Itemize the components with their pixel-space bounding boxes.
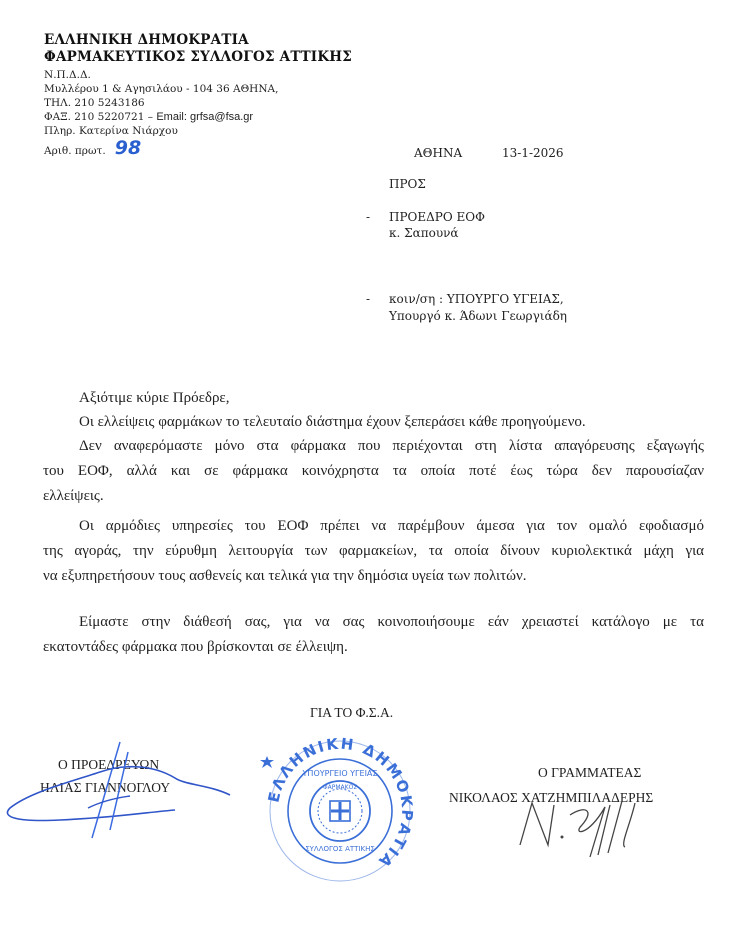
paragraph-2-line1: Δεν αναφερόμαστε μόνο στα φάρμακα που πε… [79, 438, 704, 455]
recipient-cc-dash: - [366, 292, 370, 306]
svg-text:ΣΥΛΛΟΓΟΣ ΑΤΤΙΚΗΣ: ΣΥΛΛΟΓΟΣ ΑΤΤΙΚΗΣ [305, 845, 375, 853]
letterhead-phone: ΤΗΛ. 210 5243186 [44, 97, 145, 109]
recipient-primary-line2: κ. Σαπουνά [389, 226, 459, 240]
letterhead-email: Email: grfsa@fsa.gr [156, 111, 253, 123]
letterhead-title-line2: ΦΑΡΜΑΚΕΥΤΙΚΟΣ ΣΥΛΛΟΓΟΣ ΑΤΤΙΚΗΣ [44, 49, 352, 65]
protocol-line: Αριθ. πρωτ. 98 [44, 137, 141, 159]
paragraph-2-line2: του ΕΟΦ, αλλά και σε φάρμακα κοινόχρηστα… [43, 463, 704, 480]
recipient-primary-dash: - [366, 210, 370, 224]
letterhead-address: Μυλλέρου 1 & Αγησιλάου - 104 36 ΑΘΗΝΑ, [44, 83, 278, 95]
svg-text:ΥΠΟΥΡΓΕΙΟ ΥΓΕΙΑΣ: ΥΠΟΥΡΓΕΙΟ ΥΓΕΙΑΣ [302, 769, 378, 778]
salutation: Αξιότιμε κύριε Πρόεδρε, [79, 390, 229, 407]
official-stamp: ΕΛΛΗΝΙΚΗ ΔΗΜΟΚΡΑΤΙΑ ΥΠΟΥΡΓΕΙΟ ΥΓΕΙΑΣ ΦΑΡ… [255, 728, 430, 893]
paragraph-2-line3: ελλείψεις. [43, 488, 104, 505]
paragraph-4-line1: Είμαστε στην διάθεσή σας, για να σας κοι… [79, 614, 704, 631]
letterhead-title-line1: ΕΛΛΗΝΙΚΗ ΔΗΜΟΚΡΑΤΙΑ [44, 32, 249, 48]
secretary-title: Ο ΓΡΑΜΜΑΤΕΑΣ [538, 765, 641, 781]
paragraph-4-line2: εκατοντάδες φάρμακα που βρίσκονται σε έλ… [43, 639, 348, 656]
paragraph-3-line1: Οι αρμόδιες υπηρεσίες του ΕΟΦ πρέπει να … [79, 518, 704, 535]
president-signature [0, 730, 260, 850]
letterhead-fax-email: ΦΑΞ. 210 5220721 – Email: grfsa@fsa.gr [44, 111, 253, 123]
recipient-cc-line2: Υπουργό κ. Άδωνι Γεωργιάδη [389, 309, 567, 323]
recipient-cc-line1: κοιν/ση : ΥΠΟΥΡΓΟ ΥΓΕΙΑΣ, [389, 292, 564, 306]
protocol-number: 98 [115, 137, 141, 159]
letterhead-legal-form: Ν.Π.Δ.Δ. [44, 69, 91, 81]
secretary-signature [510, 795, 680, 875]
paragraph-3-line3: να εξυπηρετήσουν τους ασθενείς και τελικ… [43, 568, 527, 585]
paragraph-1: Οι ελλείψεις φαρμάκων το τελευταίο διάστ… [79, 414, 586, 431]
signature-for-label: ΓΙΑ ΤΟ Φ.Σ.Α. [310, 705, 393, 721]
svg-text:ΦΑΡΜΑΚΟΣ: ΦΑΡΜΑΚΟΣ [323, 784, 357, 791]
recipient-primary-line1: ΠΡΟΕΔΡΟ ΕΟΦ [389, 210, 485, 224]
place-date: 13-1-2026 [502, 146, 564, 160]
paragraph-3-line2: της αγοράς, την εύρυθμη λειτουργία των φ… [43, 543, 704, 560]
place-city: ΑΘΗΝΑ [414, 146, 462, 160]
letterhead-fax: ΦΑΞ. 210 5220721 – [44, 111, 156, 123]
protocol-label: Αριθ. πρωτ. [44, 145, 106, 157]
letterhead-info-contact: Πληρ. Κατερίνα Νιάρχου [44, 125, 178, 137]
recipients-to-label: ΠΡΟΣ [389, 177, 426, 191]
